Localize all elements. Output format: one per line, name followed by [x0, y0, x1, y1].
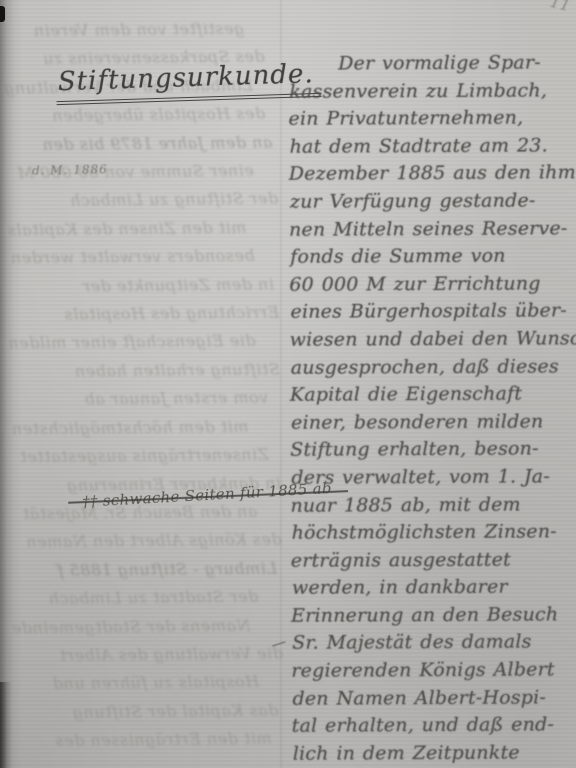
bleed-line: Errichtung des Hospitals — [3, 299, 279, 330]
text-line: Stiftung erhalten, beson- — [290, 436, 576, 465]
text-line: höchstmöglichsten Zinsen- — [292, 518, 576, 547]
text-line: Erinnerung an den Besuch — [291, 601, 576, 630]
text-line: werden, in dankbarer — [292, 574, 576, 603]
main-text-column: Der vormalige Spar- kassenverein zu Limb… — [288, 49, 576, 768]
date-note: d. M. 1886 — [32, 162, 108, 177]
bleed-line: mit den Zinsen des Kapitals — [2, 214, 246, 245]
text-line: wiesen und dabei den Wunsch — [290, 325, 576, 354]
bleed-line: des Königs Albert den Namen — [5, 526, 281, 557]
text-line: lich in dem Zeitpunkte — [293, 739, 576, 768]
text-line: ausgesprochen, daß dieses — [291, 353, 576, 382]
bleed-line: an dem Jahre 1879 bis den — [1, 128, 272, 159]
bleed-line: Hospitals zu führen und — [7, 668, 259, 699]
bleed-line: mit dem höchstmöglichsten — [4, 413, 248, 444]
bleed-line: Stiftung erhalten haben — [4, 355, 280, 386]
text-line: eines Bürgerhospitals über- — [290, 298, 576, 327]
text-line: nuar 1885 ab, mit dem — [290, 491, 576, 520]
bleed-line: vom ersten Januar ab — [4, 384, 268, 415]
bleed-line: Zinsenerträgnis ausgestattet — [5, 441, 269, 472]
bleed-line: Limburg - Stiftung 1885 f — [6, 554, 277, 585]
text-line: erträgnis ausgestattet — [291, 546, 576, 575]
text-line: regierenden Königs Albert — [291, 656, 576, 685]
text-line: nen Mitteln seines Reserve- — [289, 215, 575, 244]
text-line: ders verwaltet, vom 1. Ja- — [291, 463, 576, 492]
text-line: fonds die Summe von — [290, 242, 576, 271]
bleed-line: die Verwaltung des Albert — [7, 639, 283, 670]
bleed-line: gestiftet von dem Verein — [0, 15, 244, 46]
page-number: 11 — [548, 0, 572, 15]
text-line: Der vormalige Spar- — [288, 49, 574, 78]
left-column: gestiftet von dem Verein des Sparkassenv… — [0, 0, 284, 768]
bleedthrough-text: gestiftet von dem Verein des Sparkassenv… — [0, 15, 284, 756]
text-line: Kapital die Eigenschaft — [290, 380, 576, 409]
bleed-line: in dem Zeitpunkte der — [3, 270, 274, 301]
text-line: 60 000 M zur Errichtung — [289, 270, 575, 299]
bleed-line: des Hospitals übergeben — [1, 100, 265, 131]
text-line: Sr. Majestät des damals — [292, 629, 576, 658]
bleed-line: der Stadtrat zu Limbach — [6, 583, 258, 614]
text-line: zur Verfügung gestande- — [290, 187, 576, 216]
text-line: tal erhalten, und daß end- — [292, 711, 576, 740]
text-line: den Namen Albert-Hospi- — [292, 684, 576, 713]
document-title: Stiftungsurkunde. — [55, 60, 321, 105]
text-line: ein Privatunternehmen, — [288, 104, 574, 133]
text-line: Dezember 1885 aus den ihm — [289, 160, 575, 189]
bleed-line: das Kapital der Stiftung — [7, 696, 278, 727]
text-line: einer, besonderen milden — [291, 408, 576, 437]
bleed-line: Namens der Stadtgemeinde — [6, 611, 250, 642]
bleed-line: mit den Erträgnissen des — [8, 725, 272, 756]
text-line: hat dem Stadtrate am 23. — [290, 132, 576, 161]
scanned-document-page: 11 gestiftet von dem Verein des Sparkass… — [0, 0, 576, 768]
bleed-line: die Eigenschaft einer milden — [3, 327, 255, 358]
bleed-line: besonders verwaltet werden — [3, 242, 255, 273]
text-line: kassenverein zu Limbach, — [289, 77, 575, 106]
bleed-line: der Stiftung zu Limbach — [2, 185, 278, 216]
